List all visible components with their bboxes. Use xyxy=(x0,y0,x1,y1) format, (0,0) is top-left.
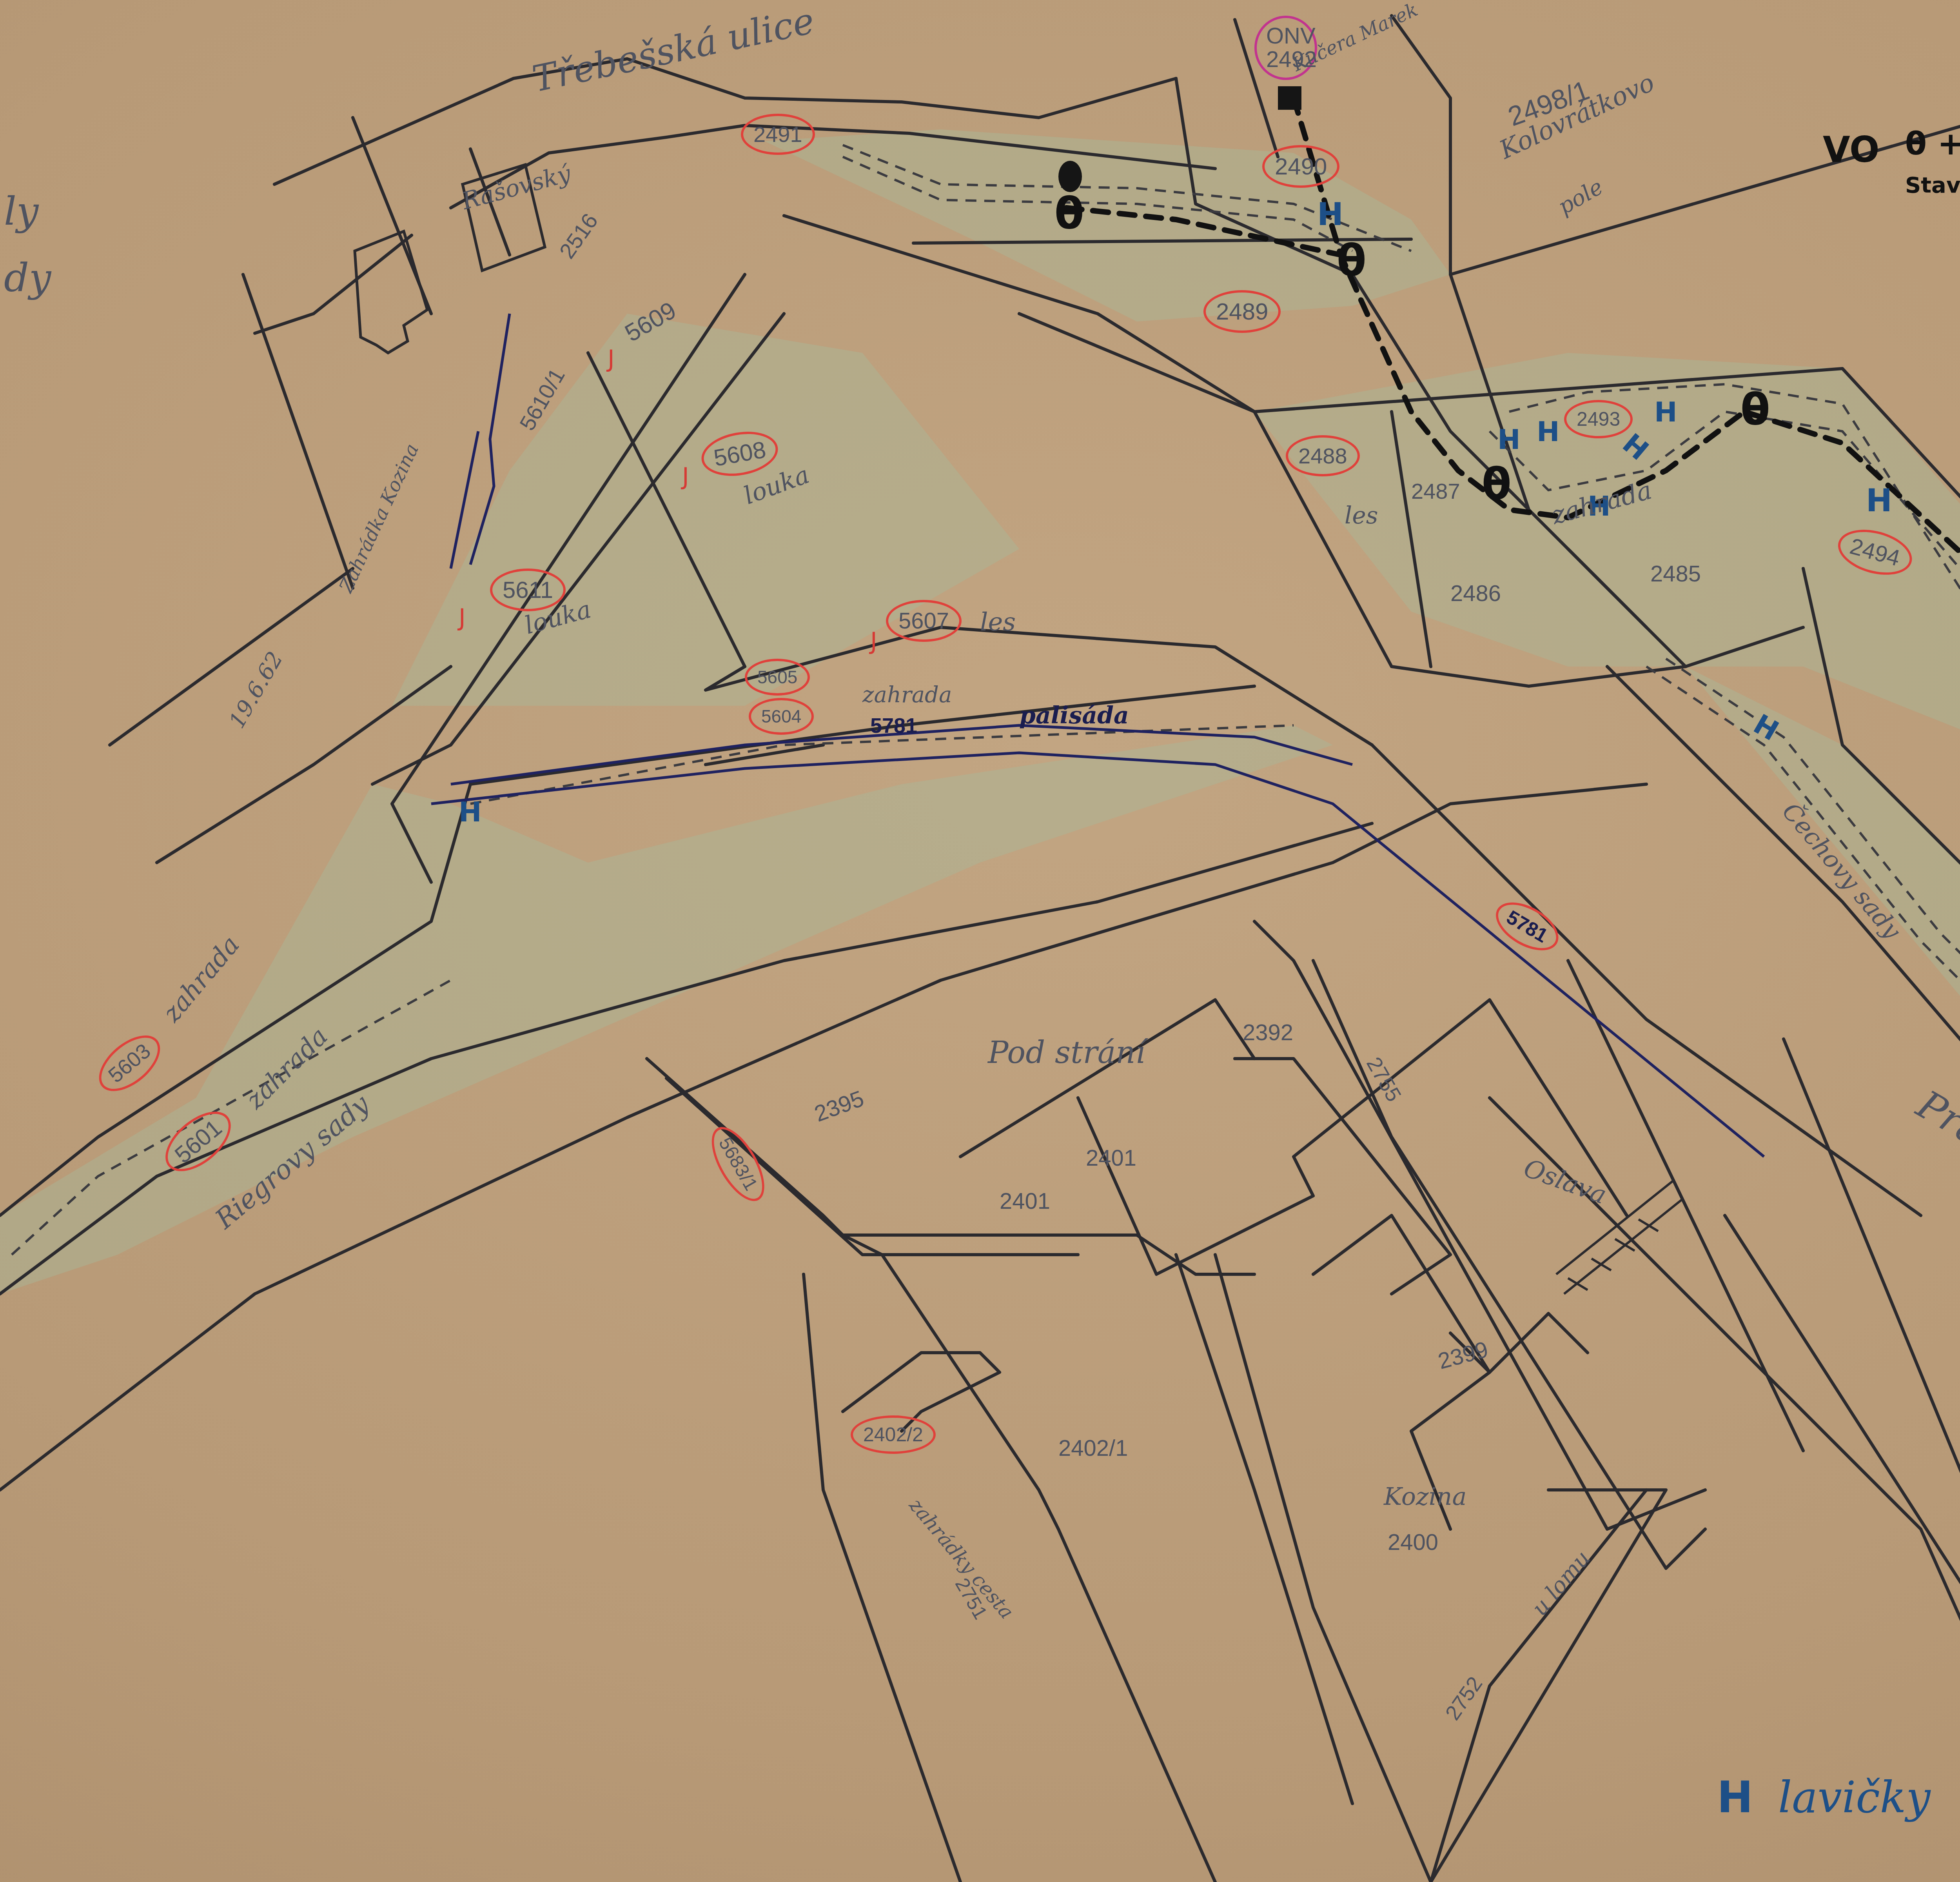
parcel-2401: 2401 xyxy=(1000,1188,1050,1214)
street-pod-strani: Pod strání xyxy=(988,1035,1145,1070)
bench-icon: H xyxy=(1866,482,1892,519)
bench-icon: H xyxy=(1497,423,1521,456)
parcel-5607: 5607 xyxy=(886,600,962,642)
parcel-2490: 2490 xyxy=(1262,145,1339,188)
owner-kozina: Kozina xyxy=(1384,1482,1466,1511)
j-mark: J xyxy=(459,604,466,631)
lamp-icon: θ xyxy=(1054,188,1084,238)
parcel-5605: 5605 xyxy=(745,659,810,696)
j-mark: J xyxy=(870,627,877,655)
parcel-2400: 2400 xyxy=(1388,1529,1438,1555)
parcel-2488: 2488 xyxy=(1286,435,1360,476)
note-palisada: palisáda xyxy=(1019,702,1129,729)
cadastral-map: VO θ + Kábel Stavba červen 78 H lavičky … xyxy=(0,0,1960,1882)
bench-icon: H xyxy=(459,796,482,828)
parcel-2392: 2392 xyxy=(1243,1019,1293,1046)
lamp-icon: θ xyxy=(1482,459,1512,509)
parcel-2485: 2485 xyxy=(1650,561,1701,587)
green-shaded-park-areas xyxy=(0,129,1960,1725)
parcel-2402-2: 2402/2 xyxy=(851,1415,936,1454)
removed-lamp-icon xyxy=(1058,161,1082,192)
parcel-2402-1: 2402/1 xyxy=(1058,1435,1128,1461)
parcel-5604: 5604 xyxy=(749,698,814,735)
edge-text-2: dy xyxy=(4,255,51,301)
use-les: les xyxy=(1345,502,1378,529)
use-zahrada: zahrada xyxy=(862,682,952,708)
parcel-2401: 2401 xyxy=(1086,1145,1136,1171)
bench-legend-label: lavičky xyxy=(1778,1772,1931,1822)
lamp-icon: θ xyxy=(1337,235,1367,285)
parcel-2487: 2487 xyxy=(1411,478,1460,504)
parcel-2493: 2493 xyxy=(1564,400,1633,438)
lamp-icon: θ xyxy=(1740,384,1770,434)
legend-heading: VO xyxy=(1823,129,1880,171)
edge-text-1: ly xyxy=(4,188,38,234)
j-mark: J xyxy=(608,345,615,372)
use-les: les xyxy=(980,608,1016,637)
j-mark: J xyxy=(682,463,689,490)
bench-icon: H xyxy=(1717,1772,1753,1822)
bench-legend: H lavičky xyxy=(1717,1772,1931,1822)
bench-icon: H xyxy=(1537,416,1560,448)
parcel-5781: 5781 xyxy=(870,714,917,738)
switchbox-icon xyxy=(1278,86,1301,110)
bench-icon: H xyxy=(1317,196,1343,233)
parcel-2489: 2489 xyxy=(1203,290,1281,333)
bench-icon: H xyxy=(1654,396,1677,428)
parcel-2491: 2491 xyxy=(741,114,815,155)
legend-construction-date: Stavba červen 78 xyxy=(1905,173,1960,198)
legend-lamp-cable: θ + Kábel xyxy=(1905,125,1960,162)
parcel-2486: 2486 xyxy=(1450,580,1501,607)
